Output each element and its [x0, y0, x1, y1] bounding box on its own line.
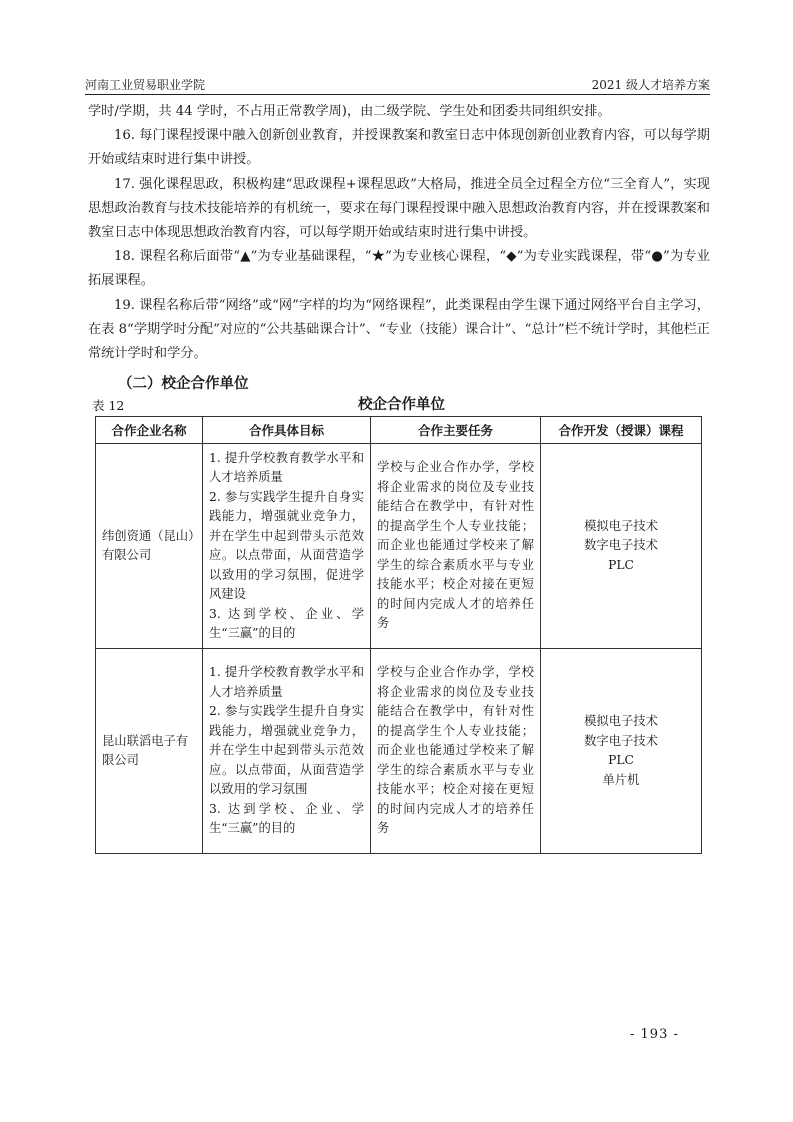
goal-item: 2. 参与实践学生提升自身实践能力，增强就业竞争力，并在学生中起到带头示范效应。… [209, 702, 364, 800]
table-title: 校企合作单位 [0, 393, 793, 414]
paragraph-17: 17. 强化课程思政，积极构建“思政课程+课程思政”大格局，推进全员全过程全方位… [88, 173, 710, 246]
paragraph-continuation: 学时/学期，共 44 学时，不占用正常教学周)，由二级学院、学生处和团委共同组织… [88, 100, 710, 124]
course-item: 模拟电子技术 [547, 517, 695, 537]
paragraph-19: 19. 课程名称后带“网络”或“网”字样的均为“网络课程”，此类课程由学生课下通… [88, 294, 710, 367]
goal-item: 3. 达到学校、企业、学生“三赢”的目的 [209, 800, 364, 839]
course-item: PLC [547, 751, 695, 771]
company-name: 纬创资通（昆山）有限公司 [96, 444, 203, 649]
body-text: 学时/学期，共 44 学时，不占用正常教学周)，由二级学院、学生处和团委共同组织… [88, 100, 710, 366]
table-row: 昆山联滔电子有限公司 1. 提升学校教育教学水平和人才培养质量 2. 参与实践学… [96, 649, 702, 854]
column-header-courses: 合作开发（授课）课程 [541, 417, 702, 444]
section-heading: （二）校企合作单位 [118, 372, 249, 393]
goal-item: 2. 参与实践学生提升自身实践能力，增强就业竞争力，并在学生中起到带头示范效应。… [209, 488, 364, 605]
header-document-title: 2021 级人才培养方案 [592, 76, 710, 94]
header-institution: 河南工业贸易职业学院 [85, 76, 205, 94]
cooperation-table: 合作企业名称 合作具体目标 合作主要任务 合作开发（授课）课程 纬创资通（昆山）… [95, 416, 702, 854]
course-item: PLC [547, 556, 695, 576]
course-item: 数字电子技术 [547, 536, 695, 556]
course-list: 模拟电子技术 数字电子技术 PLC [541, 444, 702, 649]
goal-item: 3. 达到学校、企业、学生“三赢”的目的 [209, 605, 364, 644]
cooperation-goals: 1. 提升学校教育教学水平和人才培养质量 2. 参与实践学生提升自身实践能力，增… [203, 444, 371, 649]
column-header-tasks: 合作主要任务 [371, 417, 541, 444]
cooperation-task: 学校与企业合作办学，学校将企业需求的岗位及专业技能结合在教学中，有针对性的提高学… [371, 444, 541, 649]
page-number: - 193 - [630, 1027, 679, 1042]
page-header: 河南工业贸易职业学院 2021 级人才培养方案 [85, 76, 710, 95]
course-item: 数字电子技术 [547, 732, 695, 752]
cooperation-task: 学校与企业合作办学，学校将企业需求的岗位及专业技能结合在教学中，有针对性的提高学… [371, 649, 541, 854]
table-row: 纬创资通（昆山）有限公司 1. 提升学校教育教学水平和人才培养质量 2. 参与实… [96, 444, 702, 649]
goal-item: 1. 提升学校教育教学水平和人才培养质量 [209, 663, 364, 702]
column-header-company: 合作企业名称 [96, 417, 203, 444]
company-name: 昆山联滔电子有限公司 [96, 649, 203, 854]
course-item: 模拟电子技术 [547, 712, 695, 732]
table-header-row: 合作企业名称 合作具体目标 合作主要任务 合作开发（授课）课程 [96, 417, 702, 444]
course-item: 单片机 [547, 771, 695, 791]
column-header-goals: 合作具体目标 [203, 417, 371, 444]
goal-item: 1. 提升学校教育教学水平和人才培养质量 [209, 449, 364, 488]
cooperation-goals: 1. 提升学校教育教学水平和人才培养质量 2. 参与实践学生提升自身实践能力，增… [203, 649, 371, 854]
paragraph-16: 16. 每门课程授课中融入创新创业教育，并授课教案和教室日志中体现创新创业教育内… [88, 124, 710, 172]
paragraph-18: 18. 课程名称后面带“▲”为专业基础课程，“★”为专业核心课程，“◆”为专业实… [88, 245, 710, 293]
course-list: 模拟电子技术 数字电子技术 PLC 单片机 [541, 649, 702, 854]
